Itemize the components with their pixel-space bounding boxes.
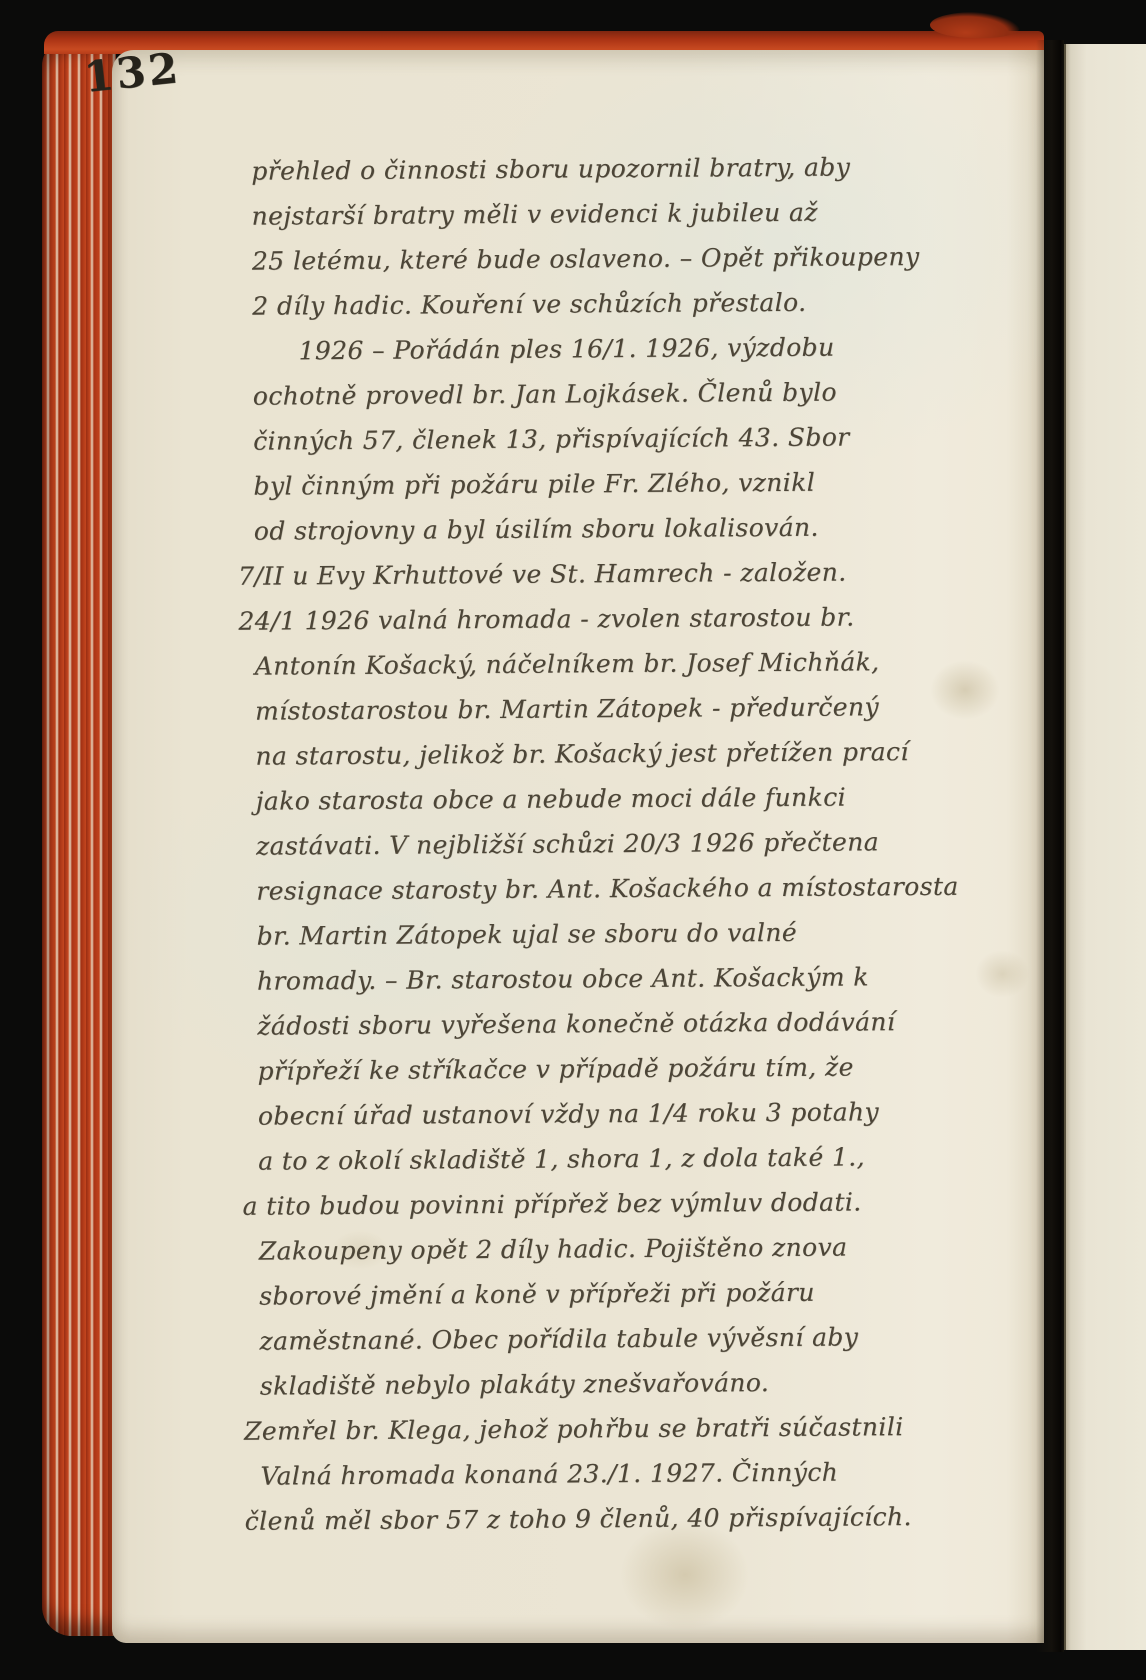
manuscript-line: nejstarší bratry měli v evidenci k jubil… <box>235 188 1025 239</box>
manuscript-text: přehled o činnosti sboru upozornil bratr… <box>235 143 1035 1543</box>
manuscript-line: a tito budou povinni přípřež bez výmluv … <box>242 1178 1032 1229</box>
manuscript-line: Antonín Košacký, náčelníkem br. Josef Mi… <box>239 638 1029 689</box>
manuscript-line: členů měl sbor 57 z toho 9 členů, 40 při… <box>245 1493 1035 1544</box>
book-gutter-shadow <box>1036 40 1064 1652</box>
manuscript-line: resignace starosty br. Ant. Košackého a … <box>240 863 1030 914</box>
manuscript-line: sborové jmění a koně v přípřeži při požá… <box>243 1268 1033 1319</box>
manuscript-line: místostarostou br. Martin Zátopek - před… <box>239 683 1029 734</box>
manuscript-line: od strojovny a byl úsilím sboru lokaliso… <box>238 503 1028 554</box>
manuscript-line: zaměstnané. Obec pořídila tabule vývěsní… <box>243 1313 1033 1364</box>
manuscript-line: přehled o činnosti sboru upozornil bratr… <box>235 143 1025 194</box>
manuscript-line: a to z okolí skladiště 1, shora 1, z dol… <box>242 1133 1032 1184</box>
manuscript-line: Zakoupeny opět 2 díly hadic. Pojištěno z… <box>243 1223 1033 1274</box>
manuscript-line: 2 díly hadic. Kouření ve schůzích přesta… <box>236 278 1026 329</box>
manuscript-line: žádosti sboru vyřešena konečně otázka do… <box>241 998 1031 1049</box>
manuscript-line: činných 57, členek 13, přispívajících 43… <box>237 413 1027 464</box>
manuscript-line: hromady. – Br. starostou obce Ant. Košac… <box>241 953 1031 1004</box>
manuscript-line: přípřeží ke stříkačce v případě požáru t… <box>241 1043 1031 1094</box>
manuscript-line: Valná hromada konaná 23./1. 1927. Činnýc… <box>244 1448 1034 1499</box>
book-photo: 132 přehled o činnosti sboru upozornil b… <box>0 0 1146 1680</box>
manuscript-line: na starostu, jelikož br. Košacký jest př… <box>239 728 1029 779</box>
manuscript-line: br. Martin Zátopek ujal se sboru do valn… <box>240 908 1030 959</box>
manuscript-line: 1926 – Pořádán ples 16/1. 1926, výzdobu <box>236 323 1026 374</box>
manuscript-line: 24/1 1926 valná hromada - zvolen starost… <box>238 593 1028 644</box>
manuscript-line: Zemřel br. Klega, jehož pohřbu se bratři… <box>244 1403 1034 1454</box>
manuscript-line: byl činným při požáru pile Fr. Zlého, vz… <box>237 458 1027 509</box>
manuscript-line: 7/II u Evy Krhuttové ve St. Hamrech - za… <box>238 548 1028 599</box>
manuscript-line: skladiště nebylo plakáty znešvařováno. <box>244 1358 1034 1409</box>
manuscript-line: jako starosta obce a nebude moci dále fu… <box>240 773 1030 824</box>
manuscript-line: obecní úřad ustanoví vždy na 1/4 roku 3 … <box>242 1088 1032 1139</box>
page-number: 132 <box>82 43 183 102</box>
red-page-edges-left <box>42 40 116 1636</box>
manuscript-line: 25 letému, které bude oslaveno. – Opět p… <box>236 233 1026 284</box>
right-page-sliver <box>1064 44 1146 1650</box>
manuscript-line: ochotně provedl br. Jan Lojkásek. Členů … <box>237 368 1027 419</box>
manuscript-line: zastávati. V nejbližší schůzi 20/3 1926 … <box>240 818 1030 869</box>
red-edge-fray <box>930 12 1020 38</box>
